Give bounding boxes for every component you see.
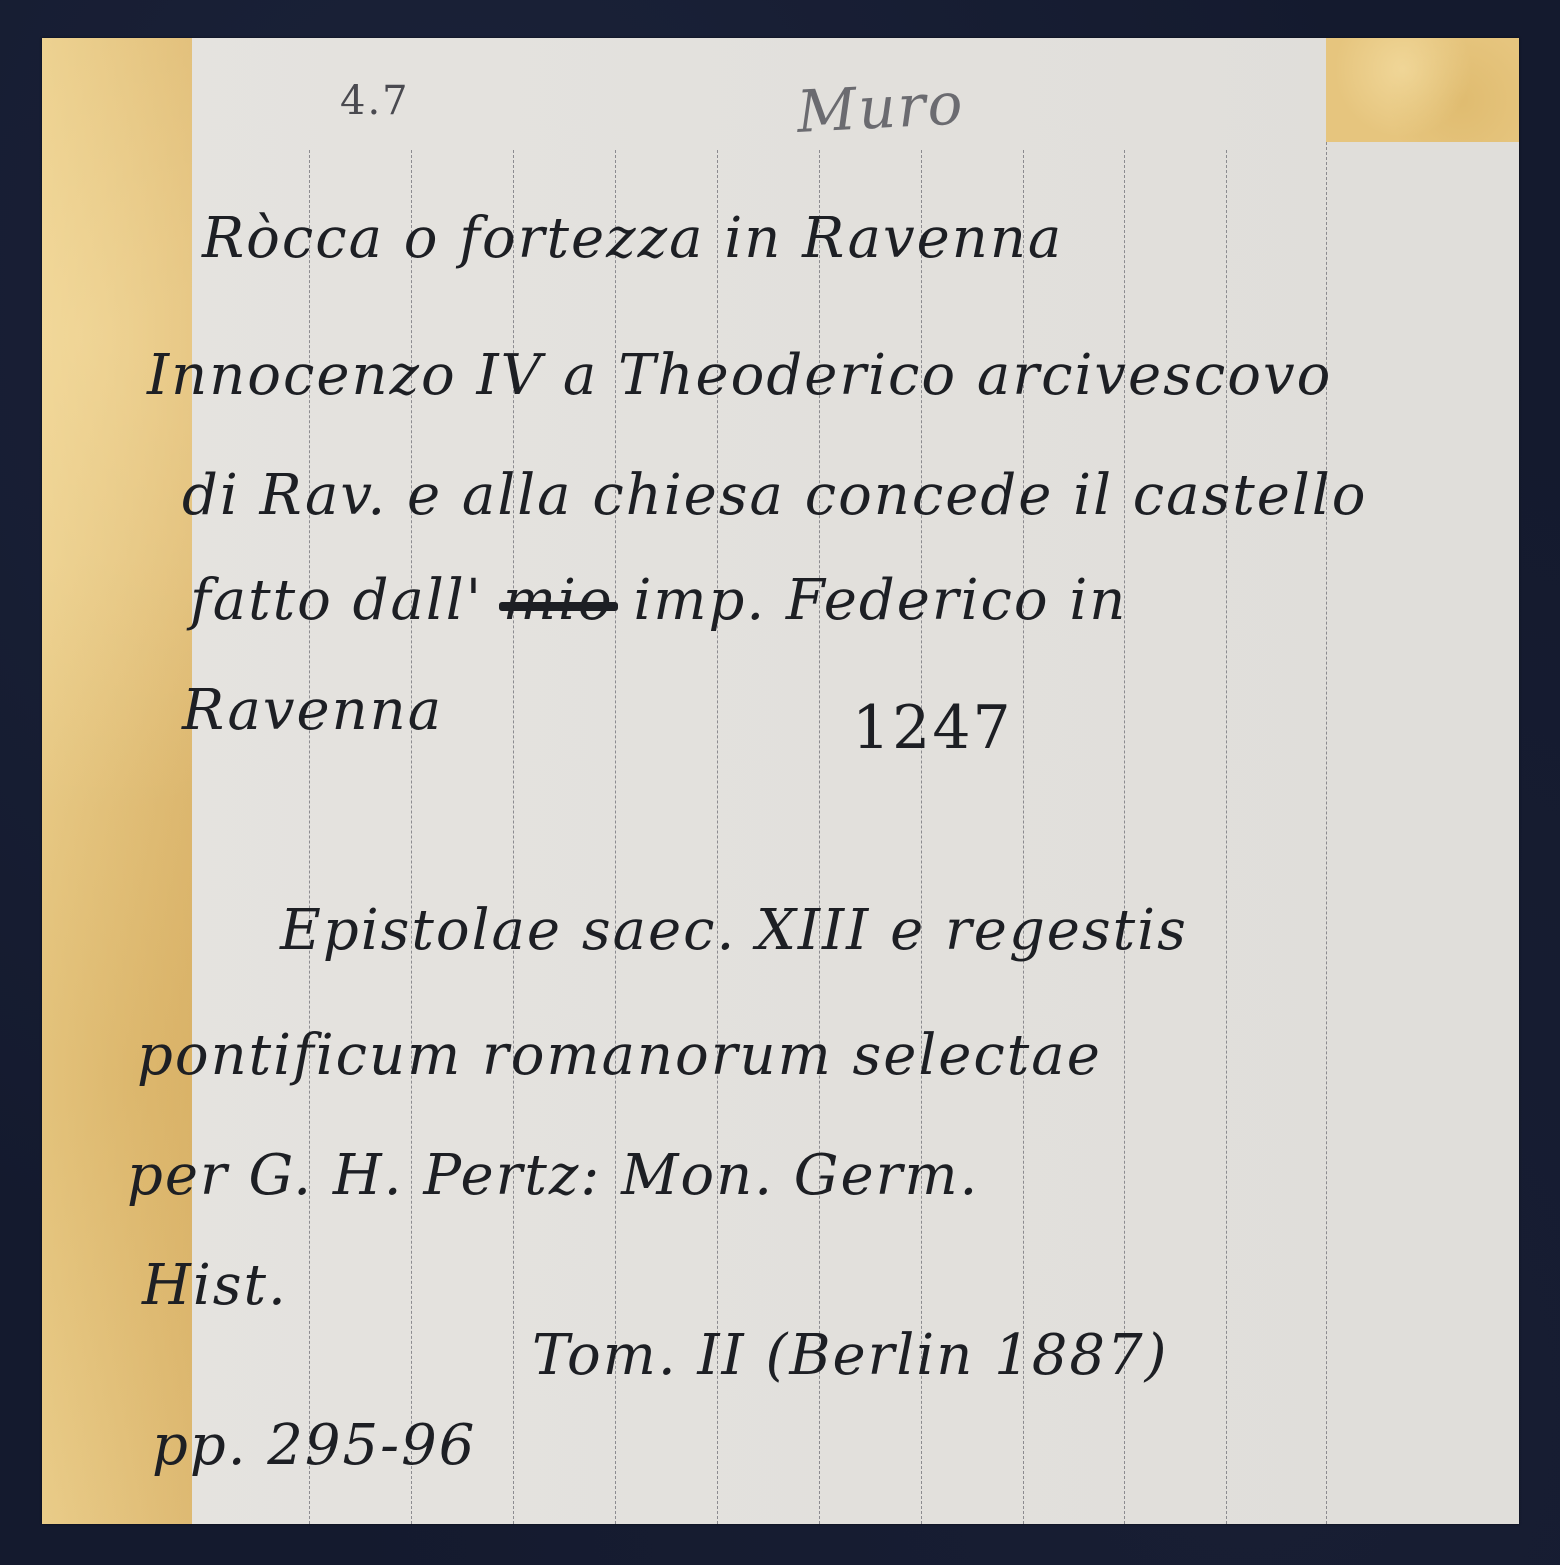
line-8: per G. H. Pertz: Mon. Germ. — [127, 1143, 979, 1208]
catalog-number: 4.7 — [340, 78, 410, 124]
year: 1247 — [852, 693, 1013, 763]
line-9-part-a: Hist. — [142, 1253, 288, 1318]
pencil-scribble: Muro — [795, 69, 966, 146]
line-2: Innocenzo IV a Theoderico arcivescovo — [147, 343, 1332, 408]
line-4-part-a: fatto dall' — [190, 568, 483, 633]
line-7: pontificum romanorum selectae — [137, 1023, 1102, 1088]
line-4: fatto dall' mio imp. Federico in — [190, 568, 1127, 633]
adhesive-tape-top-right — [1326, 38, 1519, 142]
line-9-part-b: Tom. II (Berlin 1887) — [532, 1323, 1168, 1388]
line-5: Ravenna — [182, 678, 443, 743]
struck-out-word: mio — [503, 568, 614, 633]
note-card: 4.7 Muro Ròcca o fortezza in Ravenna Inn… — [42, 38, 1519, 1524]
line-10-pages: pp. 295-96 — [152, 1413, 476, 1478]
line-6: Epistolae saec. XIII e regestis — [280, 898, 1188, 963]
line-title: Ròcca o fortezza in Ravenna — [202, 206, 1063, 271]
line-3: di Rav. e alla chiesa concede il castell… — [182, 463, 1367, 528]
line-4-part-c: imp. Federico in — [633, 568, 1127, 633]
